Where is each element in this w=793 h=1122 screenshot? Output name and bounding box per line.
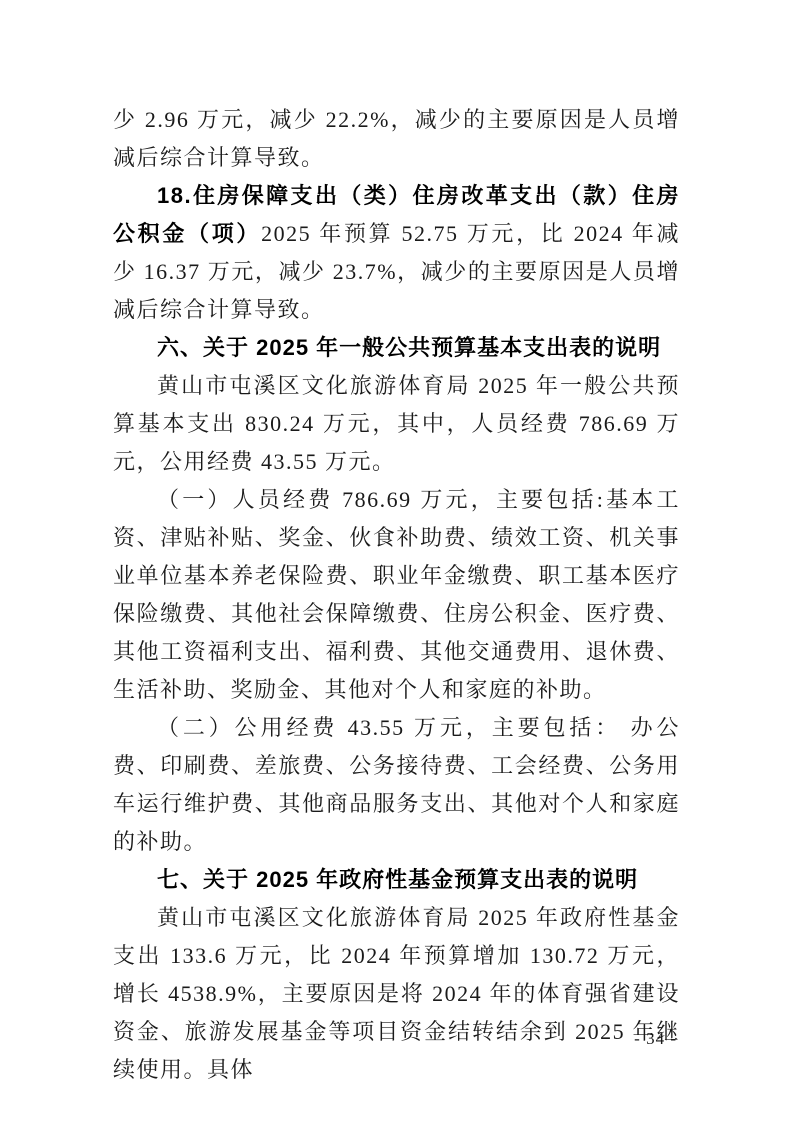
paragraph-section6-summary: 黄山市屯溪区文化旅游体育局 2025 年一般公共预算基本支出 830.24 万元…: [113, 367, 680, 481]
paragraph-section6-public-expense: （二）公用经费 43.55 万元，主要包括： 办公费、印刷费、差旅费、公务接待费…: [113, 709, 680, 861]
document-body: 少 2.96 万元，减少 22.2%，减少的主要原因是人员增减后综合计算导致。 …: [113, 101, 680, 1089]
paragraph-text: （一）人员经费 786.69 万元，主要包括:基本工资、津贴补贴、奖金、伙食补助…: [113, 487, 680, 702]
paragraph-section6-personnel-expense: （一）人员经费 786.69 万元，主要包括:基本工资、津贴补贴、奖金、伙食补助…: [113, 481, 680, 709]
paragraph-text: 少 2.96 万元，减少 22.2%，减少的主要原因是人员增减后综合计算导致。: [113, 107, 680, 170]
section7-heading: 七、关于 2025 年政府性基金预算支出表的说明: [113, 861, 680, 899]
paragraph-text: 黄山市屯溪区文化旅游体育局 2025 年政府性基金支出 133.6 万元，比 2…: [113, 905, 680, 1082]
paragraph-item18: 18.住房保障支出（类）住房改革支出（款）住房公积金（项）2025 年预算 52…: [113, 177, 680, 329]
paragraph-text: （二）公用经费 43.55 万元，主要包括： 办公费、印刷费、差旅费、公务接待费…: [113, 715, 680, 854]
section6-heading: 六、关于 2025 年一般公共预算基本支出表的说明: [113, 329, 680, 367]
paragraph-section7-summary: 黄山市屯溪区文化旅游体育局 2025 年政府性基金支出 133.6 万元，比 2…: [113, 899, 680, 1089]
paragraph-text: 黄山市屯溪区文化旅游体育局 2025 年一般公共预算基本支出 830.24 万元…: [113, 373, 680, 474]
page-number: - 34 -: [634, 1028, 677, 1050]
document-page: 少 2.96 万元，减少 22.2%，减少的主要原因是人员增减后综合计算导致。 …: [0, 0, 793, 1122]
paragraph-item17-continuation: 少 2.96 万元，减少 22.2%，减少的主要原因是人员增减后综合计算导致。: [113, 101, 680, 177]
